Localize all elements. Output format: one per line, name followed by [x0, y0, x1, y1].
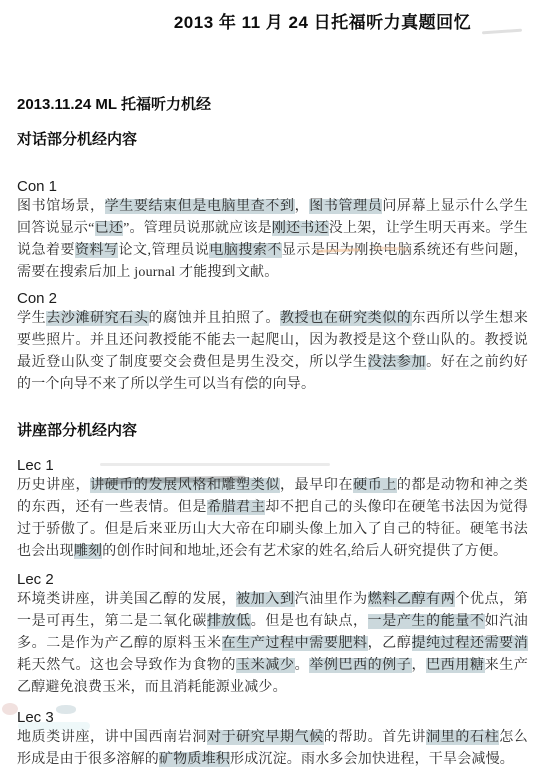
highlighted-text-run: 一是产生的能量不 — [368, 614, 485, 629]
entry-lec-2: Lec 2 环境类讲座，讲美国乙醇的发展，被加入到汽油里作为燃料乙醇有两个优点，… — [17, 571, 528, 699]
entry-lec-1: Lec 1 历史讲座，讲硬币的发展风格和雕塑类似，最早印在硬币上的都是动物和神之… — [17, 457, 528, 563]
entry-text-con-1: 图书馆场景，学生要结束但是电脑里查不到，图书管理员问屏幕上显示什么学生回答说显示… — [17, 196, 528, 284]
text-run: 历史讲座， — [17, 478, 90, 493]
entry-label-lec-1: Lec 1 — [17, 457, 528, 475]
highlighted-text-run: 刚还书还 — [272, 221, 329, 236]
highlighted-text-run: 学生要结束但是电脑里查不到 — [105, 199, 295, 214]
entry-label-lec-3: Lec 3 — [17, 709, 528, 727]
text-run: ，乙醇 — [368, 636, 412, 651]
highlighted-text-run: 排放低 — [207, 614, 251, 629]
text-run: ， — [412, 658, 427, 673]
entry-text-lec-1: 历史讲座，讲硬币的发展风格和雕塑类似，最早印在硬币上的都是动物和神之类的东西，还… — [17, 475, 528, 563]
entry-label-con-1: Con 1 — [17, 178, 528, 196]
text-run: 学生 — [17, 311, 46, 326]
entry-con-2: Con 2 学生去沙滩研究石头的腐蚀并且拍照了。教授也在研究类似的东西所以学生想… — [17, 290, 528, 396]
entry-text-con-2: 学生去沙滩研究石头的腐蚀并且拍照了。教授也在研究类似的东西所以学生想来要些照片。… — [17, 308, 528, 396]
text-run: 形成沉淀。雨水多会加快进程，干旱会减慢。 — [230, 752, 514, 767]
highlighted-text-run: 雕刻 — [74, 544, 102, 559]
text-run: 的创作时间和地址,还会有艺术家的姓名,给后人研究提供了方便。 — [102, 544, 507, 559]
highlighted-text-run: 没法参加 — [368, 355, 426, 370]
highlighted-text-run: 资料写 — [75, 243, 118, 258]
text-run: 地质类讲座，讲中国西南岩洞 — [17, 730, 207, 745]
entry-con-1: Con 1 图书馆场景，学生要结束但是电脑里查不到，图书管理员问屏幕上显示什么学… — [17, 178, 528, 284]
highlighted-text-run: 讲硬币的发展风格和雕塑类似 — [90, 478, 280, 493]
highlighted-text-run: 图书管理员 — [309, 199, 382, 214]
entry-label-lec-2: Lec 2 — [17, 571, 528, 589]
text-run: ， — [295, 199, 310, 214]
section-heading-lectures: 讲座部分机经内容 — [17, 422, 528, 440]
text-run: 汽油里作为 — [295, 592, 368, 607]
text-run: 的帮助。首先讲 — [324, 730, 426, 745]
text-run: 。 — [295, 658, 310, 673]
highlighted-text-run: 已还 — [95, 221, 124, 236]
text-run: 耗天然气。这也会导致作为食物的 — [17, 658, 236, 673]
text-run: ”。管理员说那就应该是 — [123, 221, 272, 236]
highlighted-text-run: 希腊君主 — [207, 500, 265, 515]
text-run: ，最早印在 — [280, 478, 353, 493]
highlighted-text-run: 在生产过程中需要肥料 — [222, 636, 368, 651]
entry-label-con-2: Con 2 — [17, 290, 528, 308]
highlighted-text-run: 洞里的石柱 — [426, 730, 499, 745]
text-run: 的腐蚀并且拍照了。 — [149, 311, 281, 326]
highlighted-text-run: 被加入到 — [236, 592, 294, 607]
highlighted-text-run: 对于研究早期气候 — [207, 730, 324, 745]
highlighted-text-run: 举例巴西的例子 — [309, 658, 411, 673]
highlighted-text-run: 电脑搜索不 — [209, 243, 281, 258]
highlighted-text-run: 教授也在研究类似的 — [280, 311, 412, 326]
highlighted-text-run: 燃料乙醇有两 — [368, 592, 456, 607]
highlighted-text-run: 巴西用糖 — [426, 658, 484, 673]
entry-text-lec-3: 地质类讲座，讲中国西南岩洞对于研究早期气候的帮助。首先讲洞里的石柱怎么形成是由于… — [17, 727, 528, 771]
highlighted-text-run: 去沙滩研究石头 — [46, 311, 148, 326]
page-title: 2013 年 11 月 24 日托福听力真题回忆 — [117, 12, 528, 34]
highlighted-text-run: 矿物质堆积 — [159, 752, 230, 767]
section-conversations: 对话部分机经内容 Con 1 图书馆场景，学生要结束但是电脑里查不到，图书管理员… — [17, 131, 528, 396]
section-heading-conversations: 对话部分机经内容 — [17, 131, 528, 149]
section-lectures: 讲座部分机经内容 Lec 1 历史讲座，讲硬币的发展风格和雕塑类似，最早印在硬币… — [17, 422, 528, 771]
text-run: 论文,管理员说 — [118, 243, 209, 258]
highlighted-text-run: 提纯过程还需要消 — [412, 636, 528, 651]
highlighted-text-run: 玉米减少 — [236, 658, 294, 673]
doc-subtitle: 2013.11.24 ML 托福听力机经 — [17, 96, 528, 114]
text-run: 图书馆场景， — [17, 199, 105, 214]
text-run: 环境类讲座，讲美国乙醇的发展， — [17, 592, 236, 607]
entry-text-lec-2: 环境类讲座，讲美国乙醇的发展，被加入到汽油里作为燃料乙醇有两个优点，第一是可再生… — [17, 589, 528, 699]
entry-lec-3: Lec 3 地质类讲座，讲中国西南岩洞对于研究早期气候的帮助。首先讲洞里的石柱怎… — [17, 709, 528, 771]
document-page: 2013 年 11 月 24 日托福听力真题回忆 2013.11.24 ML 托… — [0, 0, 544, 776]
scan-smudge-lec3-pink — [2, 703, 18, 715]
highlighted-text-run: 硬币上 — [353, 478, 397, 493]
text-run: 。但是也有缺点， — [251, 614, 368, 629]
